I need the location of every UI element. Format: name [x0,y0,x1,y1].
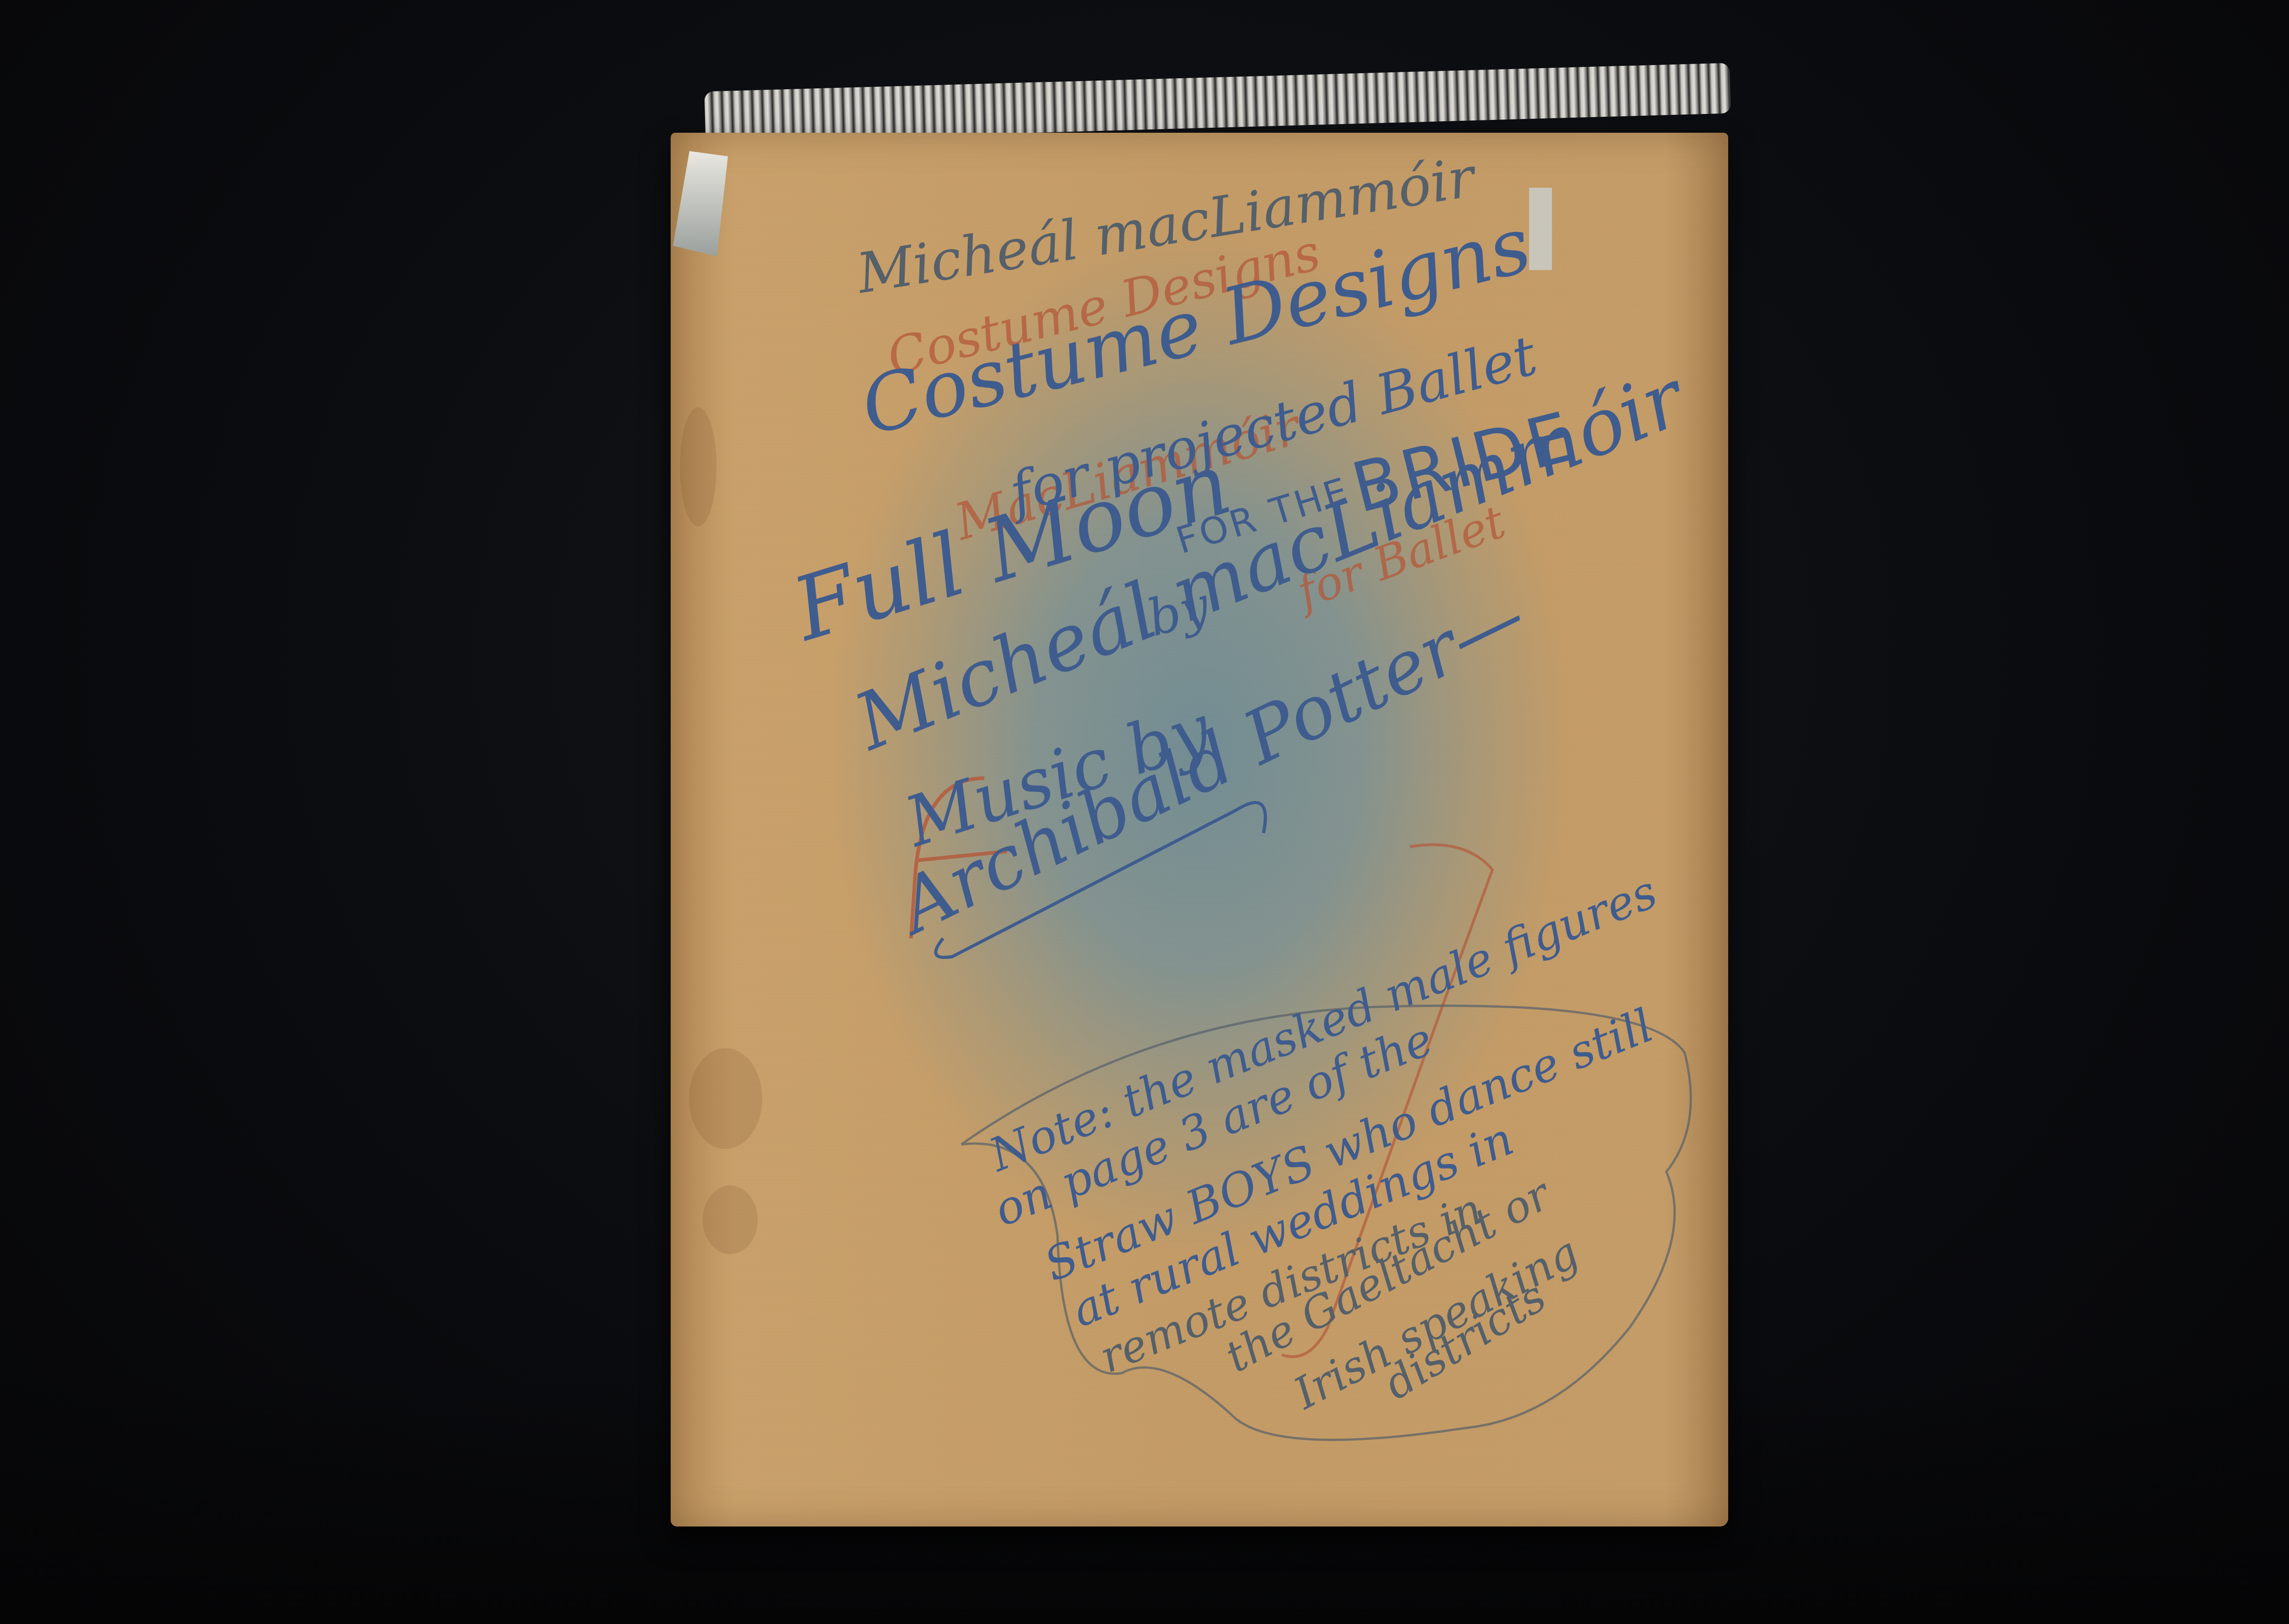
note-block: Note: the masked male figures on page 3 … [981,865,1664,1419]
handwriting-layer: Costume Designs MacLiammóir for Ballet M… [0,0,2289,1624]
